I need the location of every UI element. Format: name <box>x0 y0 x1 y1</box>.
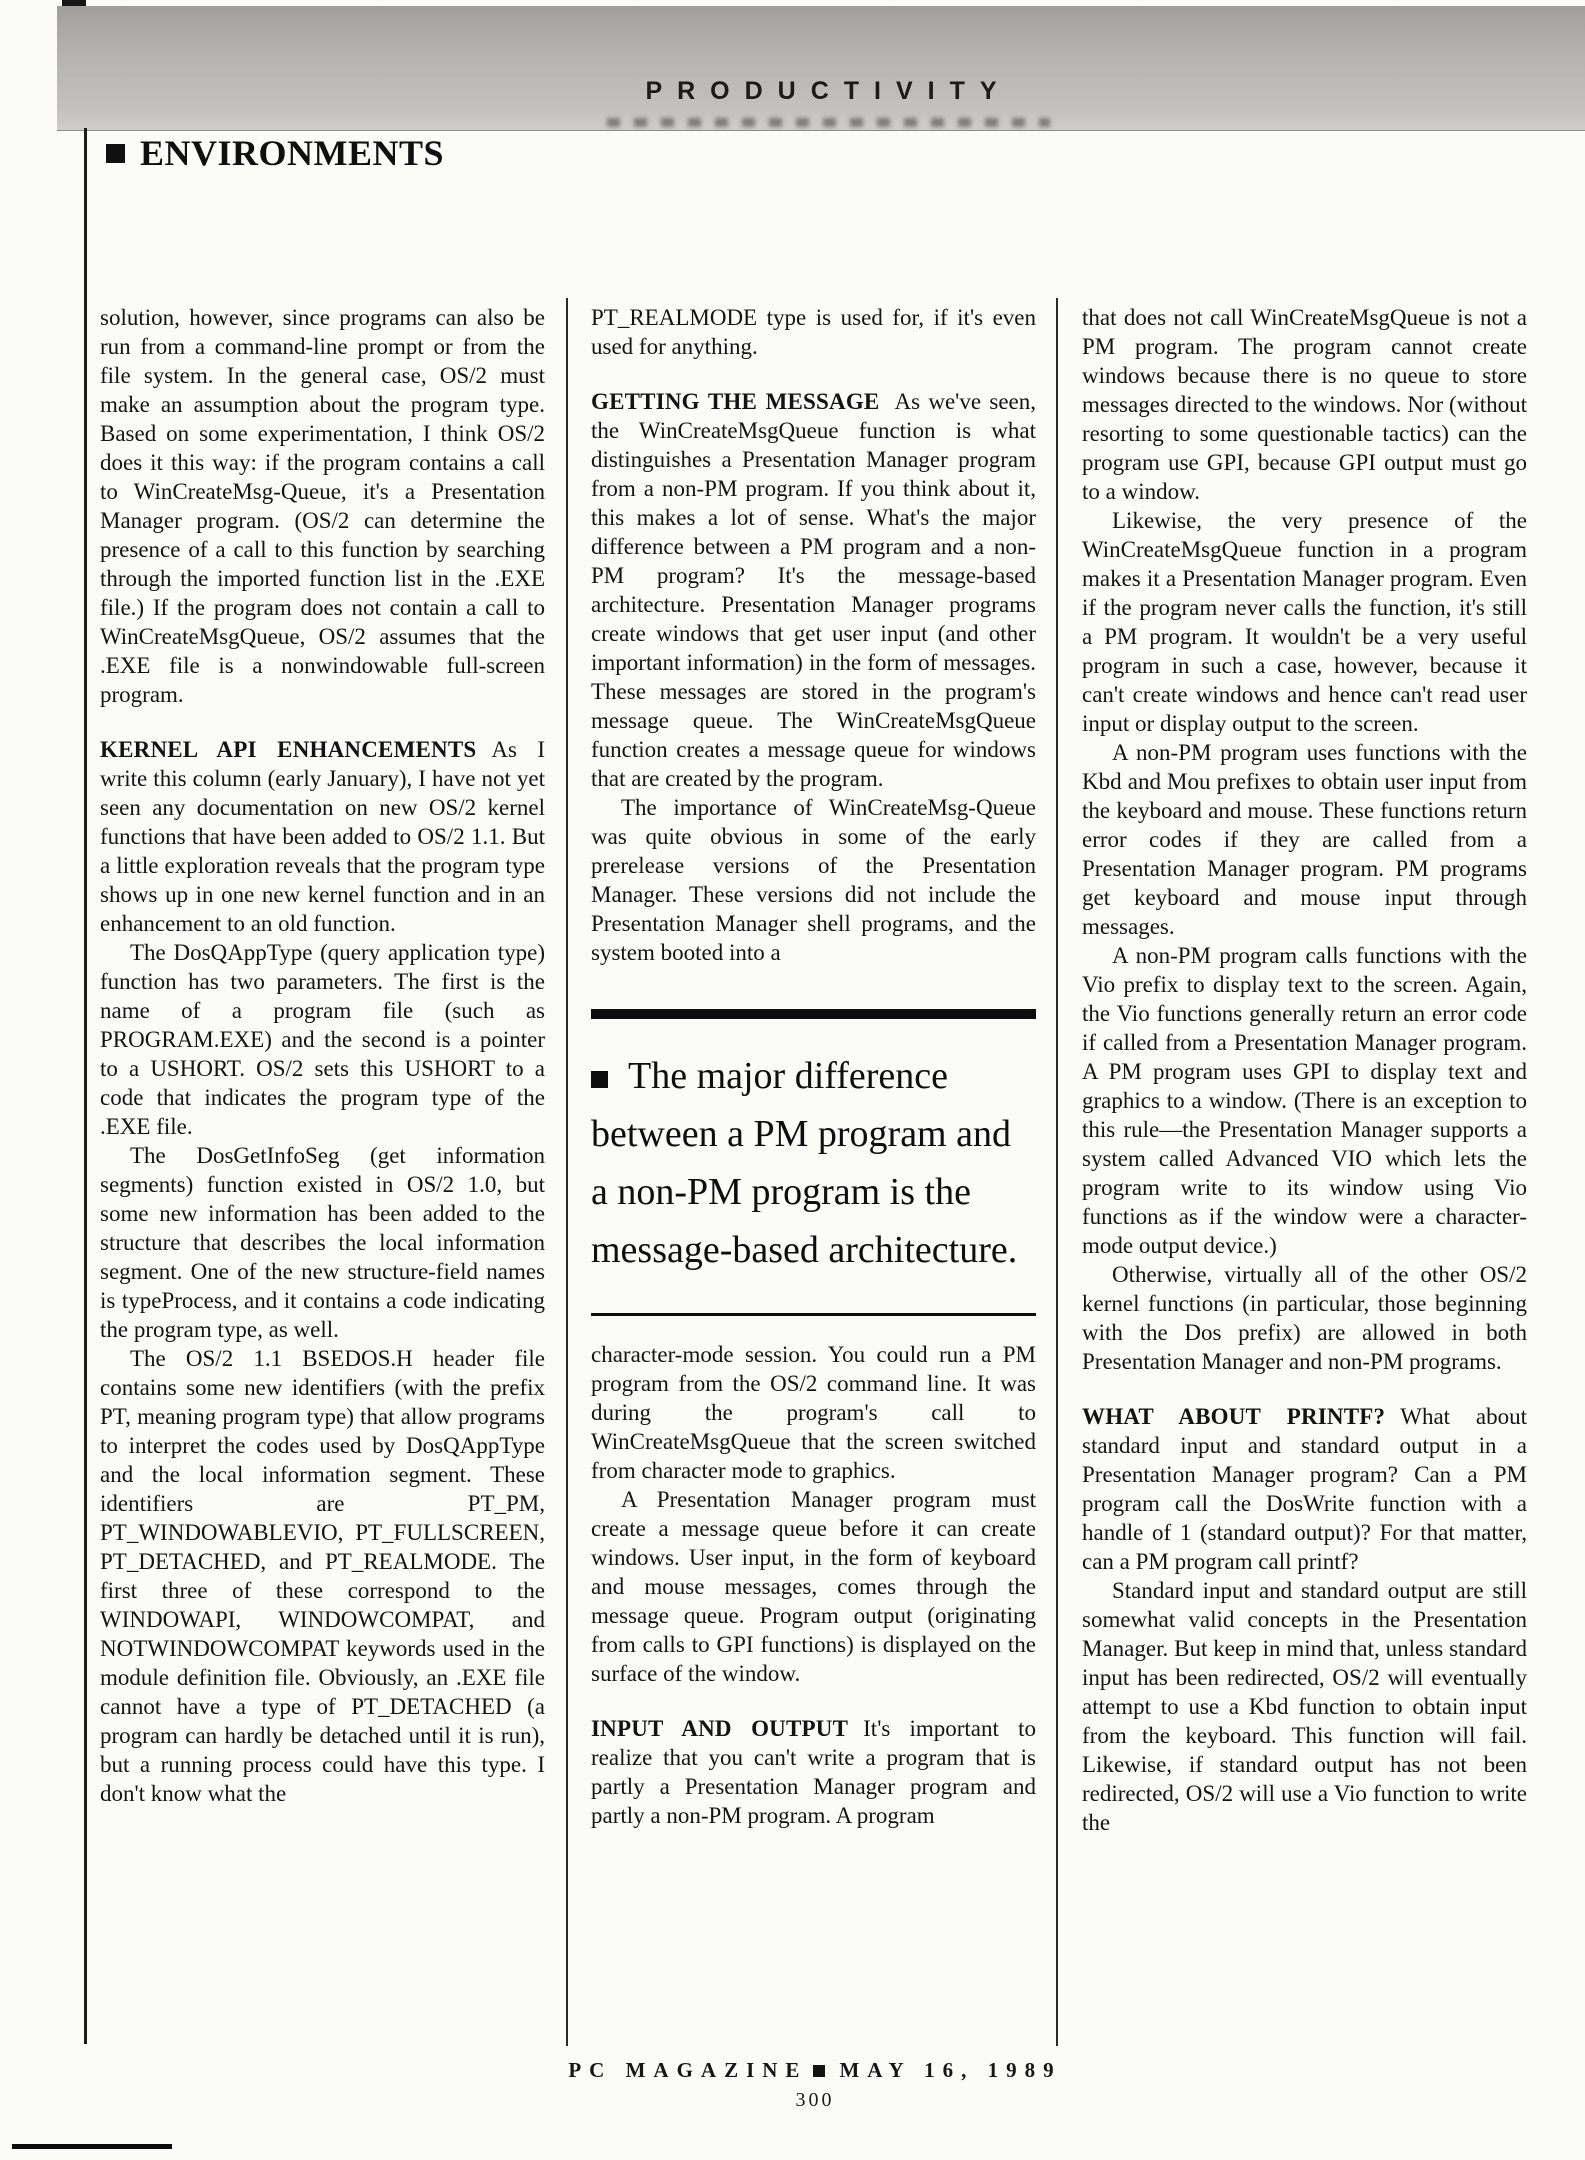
paragraph-text: A non-PM program calls functions with th… <box>1082 943 1527 1258</box>
pull-quote-body: The major difference between a PM progra… <box>591 1019 1036 1313</box>
paragraph: PT_REALMODE type is used for, if it's ev… <box>591 303 1036 361</box>
paragraph: INPUT AND OUTPUTIt's important to realiz… <box>591 1714 1036 1830</box>
paragraph: A non-PM program uses functions with the… <box>1082 738 1527 941</box>
pull-quote-text: The major difference between a PM progra… <box>591 1055 1017 1271</box>
runin-heading: KERNEL API ENHANCEMENTS <box>100 737 476 762</box>
pull-quote-bullet-icon <box>591 1071 608 1088</box>
paragraph: WHAT ABOUT PRINTF?What about standard in… <box>1082 1402 1527 1576</box>
paragraph-text: solution, however, since programs can al… <box>100 305 545 707</box>
paragraph: The OS/2 1.1 BSEDOS.H header file contai… <box>100 1344 545 1808</box>
bottom-left-mark <box>12 2144 172 2149</box>
banner-ghost-line <box>607 118 1050 127</box>
runin-heading: INPUT AND OUTPUT <box>591 1716 848 1741</box>
paragraph: Standard input and standard output are s… <box>1082 1576 1527 1837</box>
paragraph-text: character-mode session. You could run a … <box>591 1342 1036 1483</box>
paragraph: Likewise, the very presence of the WinCr… <box>1082 506 1527 738</box>
footer-separator-icon <box>813 2065 825 2077</box>
footer-magazine: PC MAGAZINE <box>568 2058 807 2083</box>
page-footer: PC MAGAZINE MAY 16, 1989 300 <box>85 2058 1545 2112</box>
productivity-banner: PRODUCTIVITY <box>57 6 1585 131</box>
paragraph-text: What about standard input and standard o… <box>1082 1404 1527 1574</box>
paragraph: that does not call WinCreateMsgQueue is … <box>1082 303 1527 506</box>
paragraph-text: A non-PM program uses functions with the… <box>1082 740 1527 939</box>
paragraph: The DosQAppType (query application type)… <box>100 938 545 1141</box>
paragraph: The DosGetInfoSeg (get information segme… <box>100 1141 545 1344</box>
banner-section-label: PRODUCTIVITY <box>57 77 1585 106</box>
magazine-page: PRODUCTIVITY ENVIRONMENTS solution, howe… <box>0 0 1585 2160</box>
runin-heading: GETTING THE MESSAGE <box>591 389 879 414</box>
column-1: solution, however, since programs can al… <box>100 303 545 2053</box>
paragraph-text: PT_REALMODE type is used for, if it's ev… <box>591 305 1036 359</box>
article-left-rule <box>84 128 87 2044</box>
paragraph: A Presentation Manager program must crea… <box>591 1485 1036 1688</box>
column-3: that does not call WinCreateMsgQueue is … <box>1082 303 1527 2053</box>
paragraph: KERNEL API ENHANCEMENTSAs I write this c… <box>100 735 545 938</box>
paragraph-text: The DosQAppType (query application type)… <box>100 940 545 1139</box>
footer-line: PC MAGAZINE MAY 16, 1989 <box>568 2058 1061 2083</box>
section-bullet-icon <box>106 144 125 163</box>
paragraph-text: that does not call WinCreateMsgQueue is … <box>1082 305 1527 504</box>
paragraph-text: Otherwise, virtually all of the other OS… <box>1082 1262 1527 1374</box>
paragraph: GETTING THE MESSAGEAs we've seen, the Wi… <box>591 387 1036 793</box>
section-title: ENVIRONMENTS <box>140 132 444 174</box>
pull-quote: The major difference between a PM progra… <box>591 1009 1036 1316</box>
paragraph-text: The DosGetInfoSeg (get information segme… <box>100 1143 545 1342</box>
paragraph-text: As I write this column (early January), … <box>100 737 545 936</box>
page-number: 300 <box>85 2089 1545 2112</box>
column-2: PT_REALMODE type is used for, if it's ev… <box>591 303 1036 2053</box>
paragraph: A non-PM program calls functions with th… <box>1082 941 1527 1260</box>
paragraph: character-mode session. You could run a … <box>591 1340 1036 1485</box>
paragraph-text: The OS/2 1.1 BSEDOS.H header file contai… <box>100 1346 545 1806</box>
paragraph-text: The importance of WinCreateMsg-Queue was… <box>591 795 1036 965</box>
paragraph: solution, however, since programs can al… <box>100 303 545 709</box>
runin-heading: WHAT ABOUT PRINTF? <box>1082 1404 1385 1429</box>
article-columns: solution, however, since programs can al… <box>100 303 1527 2053</box>
paragraph-text: As we've seen, the WinCreateMsgQueue fun… <box>591 389 1036 791</box>
paragraph-text: Standard input and standard output are s… <box>1082 1578 1527 1835</box>
paragraph-text: A Presentation Manager program must crea… <box>591 1487 1036 1686</box>
footer-date: MAY 16, 1989 <box>839 2058 1061 2083</box>
paragraph-text: Likewise, the very presence of the WinCr… <box>1082 508 1527 736</box>
paragraph: Otherwise, virtually all of the other OS… <box>1082 1260 1527 1376</box>
section-heading: ENVIRONMENTS <box>106 132 444 174</box>
paragraph: The importance of WinCreateMsg-Queue was… <box>591 793 1036 967</box>
